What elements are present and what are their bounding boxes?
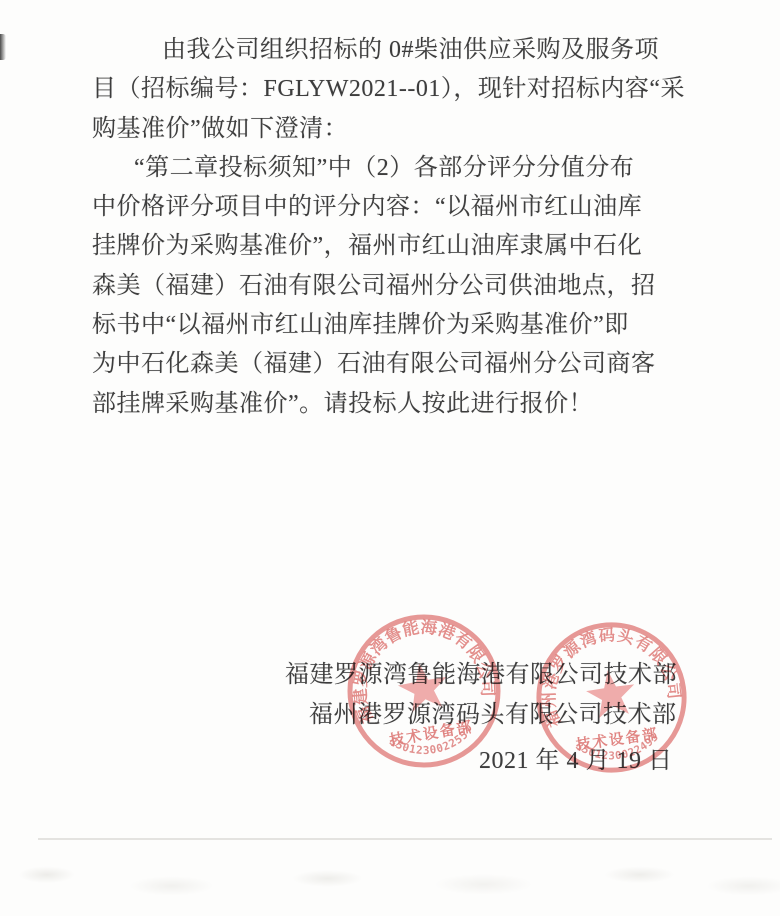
document-body: 由我公司组织招标的 0#柴油供应采购及服务项 目（招标编号：FGLYW2021-…: [92, 31, 692, 424]
body-line: 由我公司组织招标的 0#柴油供应采购及服务项: [92, 31, 692, 70]
scan-artifact-smudge: [0, 34, 6, 60]
star-icon: [395, 659, 452, 714]
body-line: 挂牌价为采购基准价”，福州市红山油库隶属中石化: [92, 227, 692, 266]
body-line: 中价格评分项目中的评分内容：“以福州市红山油库: [92, 188, 692, 227]
scan-edge-line: [38, 838, 772, 840]
body-line: 目（招标编号：FGLYW2021--01），现针对招标内容“采: [92, 70, 692, 109]
body-line: 标书中“以福州市红山油库挂牌价为采购基准价”即: [92, 306, 692, 345]
document-page: 由我公司组织招标的 0#柴油供应采购及服务项 目（招标编号：FGLYW2021-…: [0, 0, 780, 916]
star-icon: [584, 667, 638, 719]
body-line: 购基准价”做如下澄清：: [92, 110, 692, 149]
company-seal-left: 福建罗源湾鲁能海港有限公司 技术设备部 3501230022557: [331, 598, 516, 783]
body-line: 为中石化森美（福建）石油有限公司福州分公司商客: [92, 345, 692, 384]
body-line: 部挂牌采购基准价”。请投标人按此进行报价！: [92, 385, 692, 424]
company-seal-right: 福州港罗源湾码头有限公司 技术设备部 3501230022493: [523, 609, 700, 786]
body-line: 森美（福建）石油有限公司福州分公司供油地点，招: [92, 267, 692, 306]
body-line: “第二章投标须知”中（2）各部分评分分值分布: [92, 149, 692, 188]
scan-noise-area: [0, 841, 780, 916]
